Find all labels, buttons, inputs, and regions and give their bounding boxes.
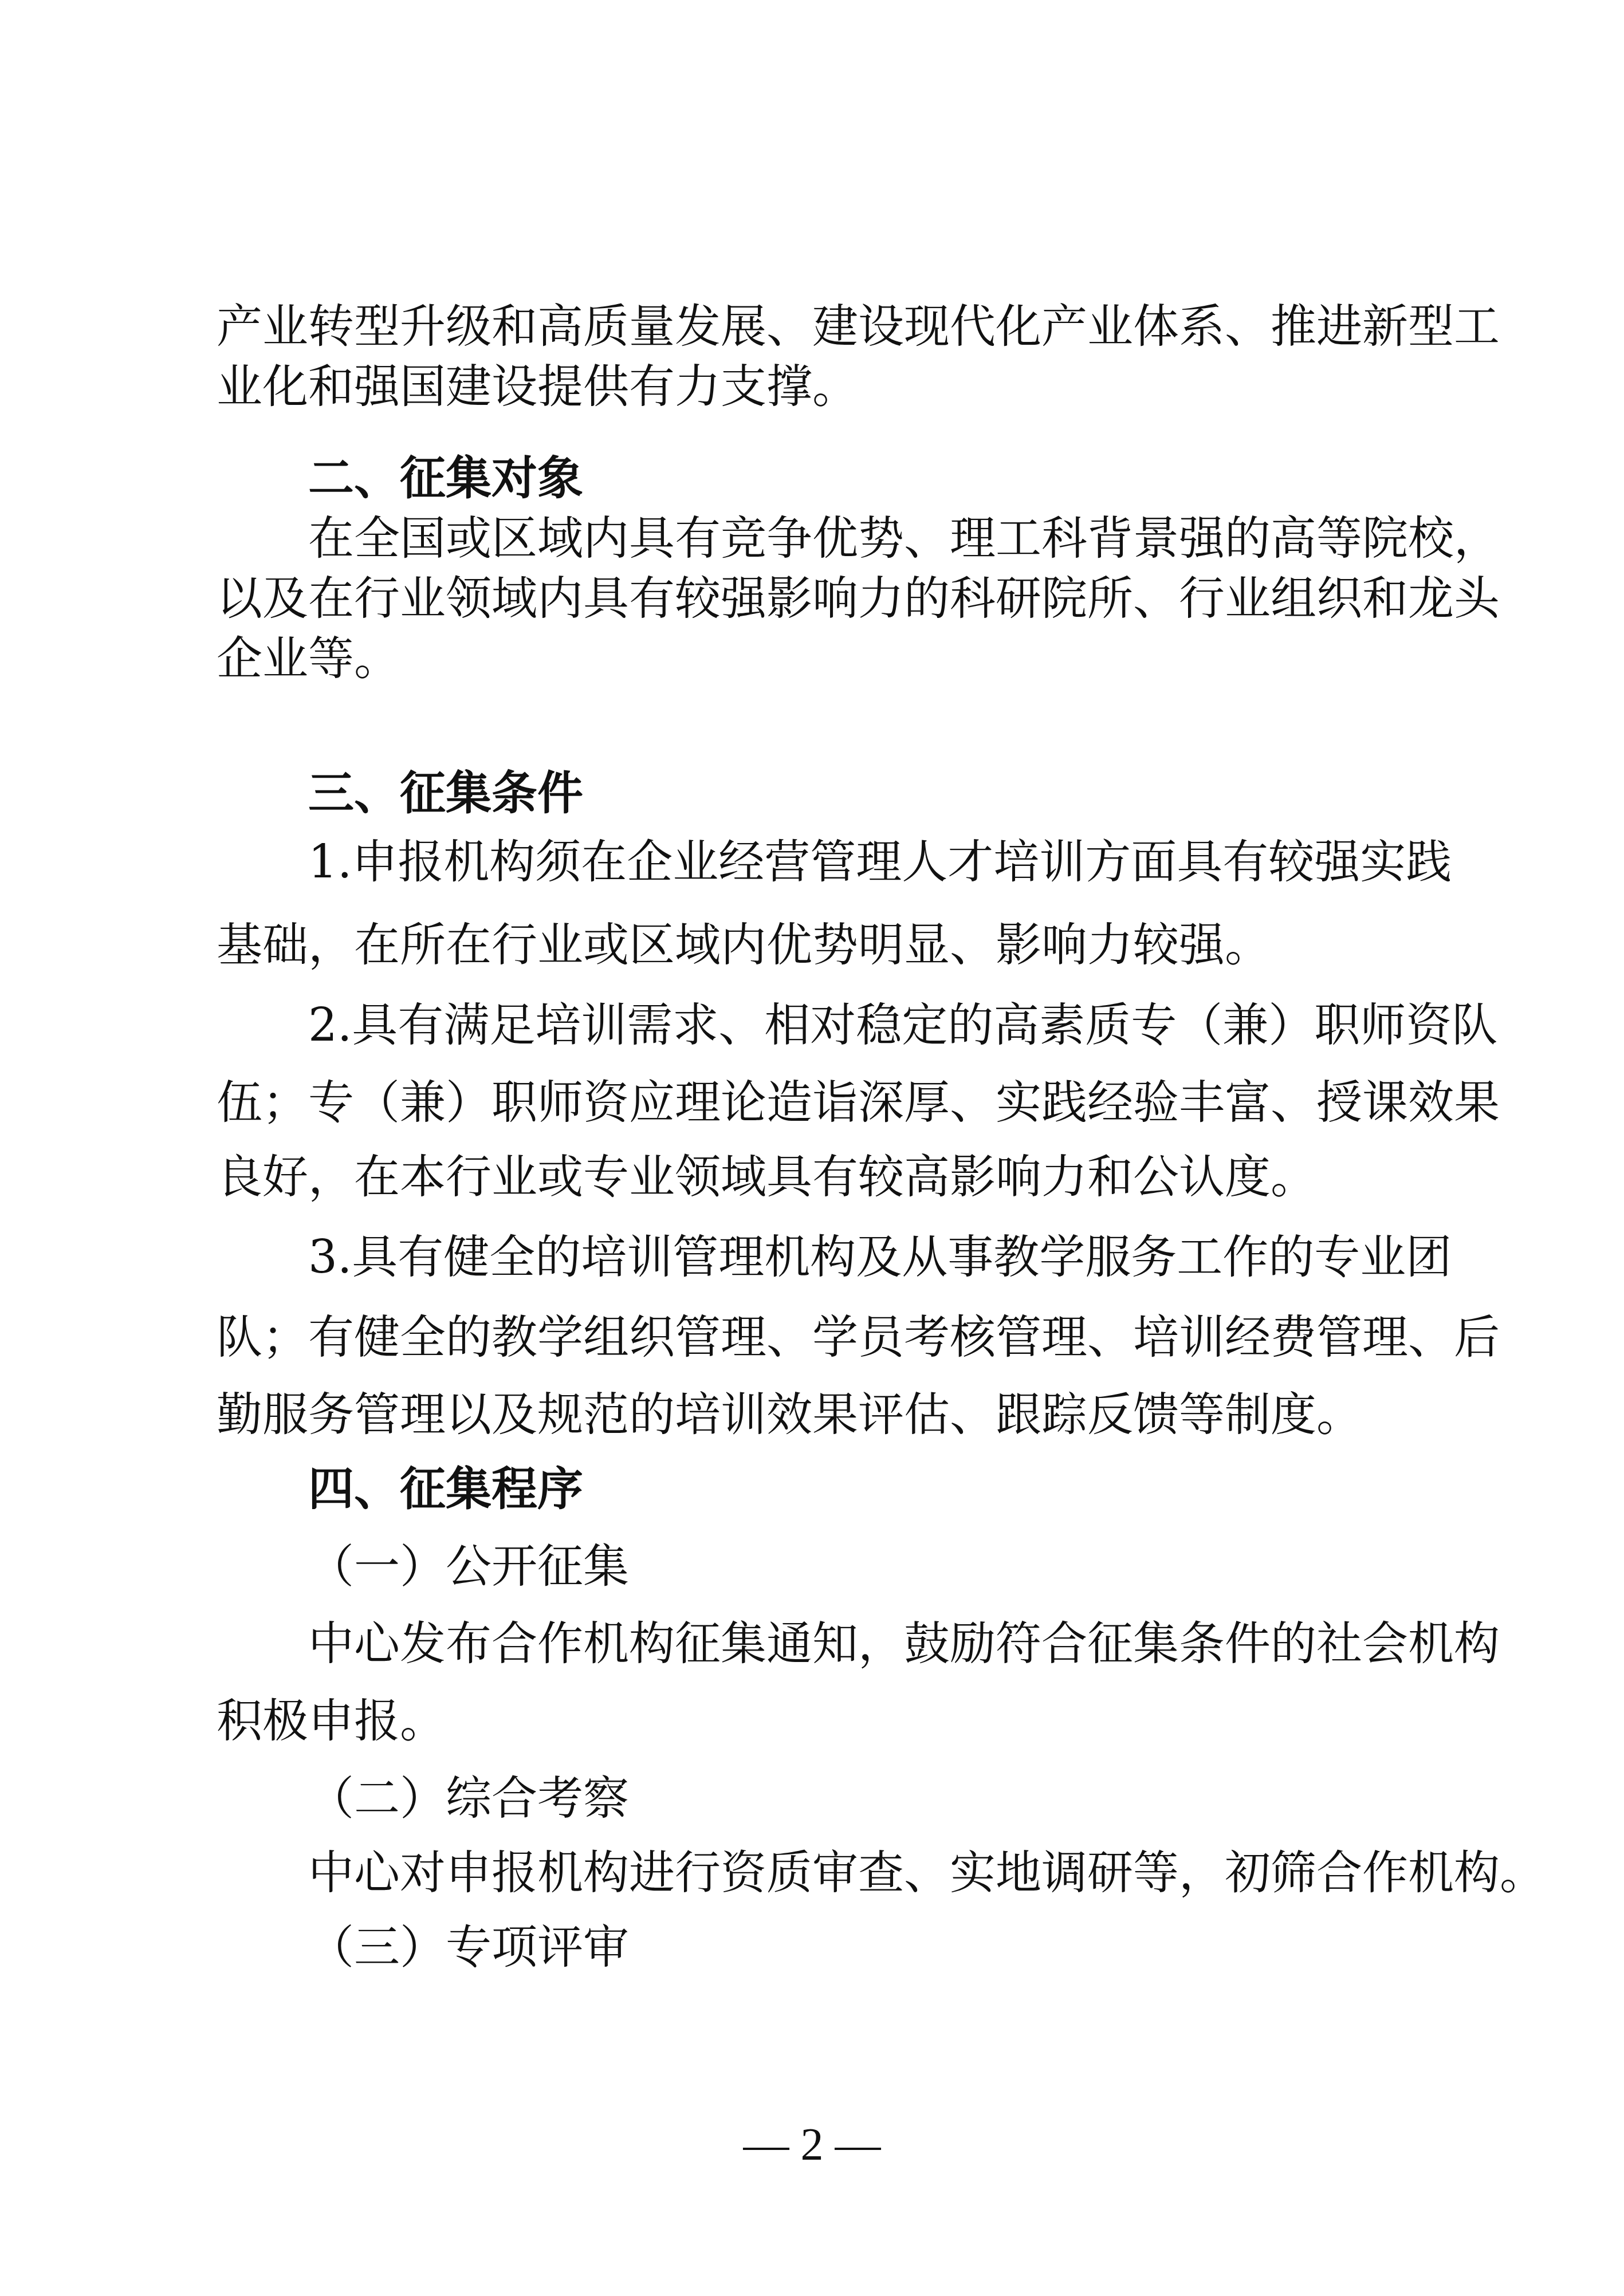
section-heading-procedure: 四、征集程序	[308, 1458, 1505, 1521]
section-heading-conditions: 三、征集条件	[308, 762, 1505, 825]
section-heading-targets: 二、征集对象	[308, 447, 1505, 510]
condition-1-line: 基础，在所在行业或区域内优势明显、影响力较强。	[217, 913, 1414, 976]
condition-3-line: 队；有健全的教学组织管理、学员考核管理、培训经费管理、后	[217, 1306, 1414, 1369]
page-number: — 2 —	[0, 2119, 1624, 2171]
condition-2-line: 良好，在本行业或专业领域具有较高影响力和公认度。	[217, 1145, 1414, 1208]
body-line: 以及在行业领域内具有较强影响力的科研院所、行业组织和龙头	[217, 567, 1414, 630]
body-line: 业化和强国建设提供有力支撑。	[217, 355, 1414, 418]
procedure-step-heading: （三）专项评审	[308, 1916, 1505, 1979]
body-line: 积极申报。	[217, 1689, 1414, 1752]
body-line: 在全国或区域内具有竞争优势、理工科背景强的高等院校，	[308, 507, 1414, 570]
condition-3-line: 3.具有健全的培训管理机构及从事教学服务工作的专业团	[308, 1226, 1414, 1289]
procedure-step-heading: （二）综合考察	[308, 1767, 1505, 1830]
procedure-step-heading: （一）公开征集	[308, 1535, 1505, 1598]
body-line: 中心对申报机构进行资质审查、实地调研等，初筛合作机构。	[308, 1841, 1414, 1904]
condition-2-line: 2.具有满足培训需求、相对稳定的高素质专（兼）职师资队	[308, 994, 1414, 1057]
body-line: 企业等。	[217, 627, 1414, 690]
document-page: 产业转型升级和高质量发展、建设现代化产业体系、推进新型工 业化和强国建设提供有力…	[0, 0, 1624, 2296]
condition-1-line: 1.申报机构须在企业经营管理人才培训方面具有较强实践	[308, 830, 1414, 893]
condition-3-line: 勤服务管理以及规范的培训效果评估、跟踪反馈等制度。	[217, 1383, 1414, 1446]
body-line: 产业转型升级和高质量发展、建设现代化产业体系、推进新型工	[217, 295, 1414, 358]
condition-2-line: 伍；专（兼）职师资应理论造诣深厚、实践经验丰富、授课效果	[217, 1071, 1414, 1134]
body-line: 中心发布合作机构征集通知，鼓励符合征集条件的社会机构	[308, 1612, 1414, 1675]
